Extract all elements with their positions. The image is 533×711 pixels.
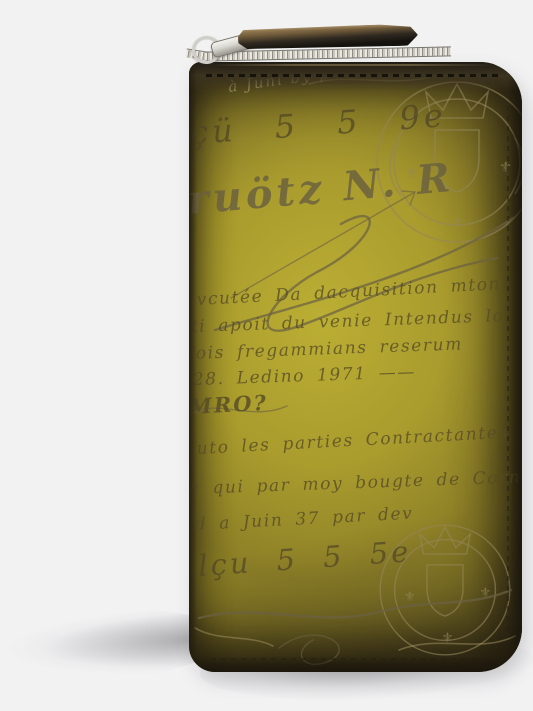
scritto-engraving: ⚜ ⚜ ⚜ ⚜ ⚜ ⚜ [189,62,522,672]
script-line: e qui par moy bougte de Cornille [189,466,522,499]
top-stitching [206,74,499,77]
script-line: lçu 5 5 5e [197,534,412,583]
top-spine [189,62,522,92]
wallet-body: ⚜ ⚜ ⚜ ⚜ ⚜ ⚜ [189,62,522,672]
script-line: çü 5 5 9e [189,96,448,152]
zip-pull-tab [238,23,419,50]
script-line: uto les parties Contractantes pour [196,420,522,459]
product-photo: ⚜ ⚜ ⚜ ⚜ ⚜ ⚜ [0,0,533,711]
script-line: d a Juin 37 par dev [194,504,414,535]
right-edge [508,62,522,672]
fleur-icon: ⚜ [404,589,416,605]
top-spine-highlight [209,64,495,66]
left-edge [189,62,197,672]
script-line: lois fregammians reserum [189,334,463,364]
bottom-edge [189,656,522,672]
script-line: vcutée Da dacquisition mton [196,274,501,310]
script-line: 28. Ledino 1971 —— [191,362,416,390]
script-line: MRO? [189,390,268,419]
fleur-icon: ⚜ [451,214,464,232]
script-line: ti apoit du venie Intendus lo [190,306,504,337]
scroll-light-bottom-left [195,628,273,646]
script-line: ruötz N. R [189,154,456,224]
flourish-bottom-sweep [199,590,511,618]
